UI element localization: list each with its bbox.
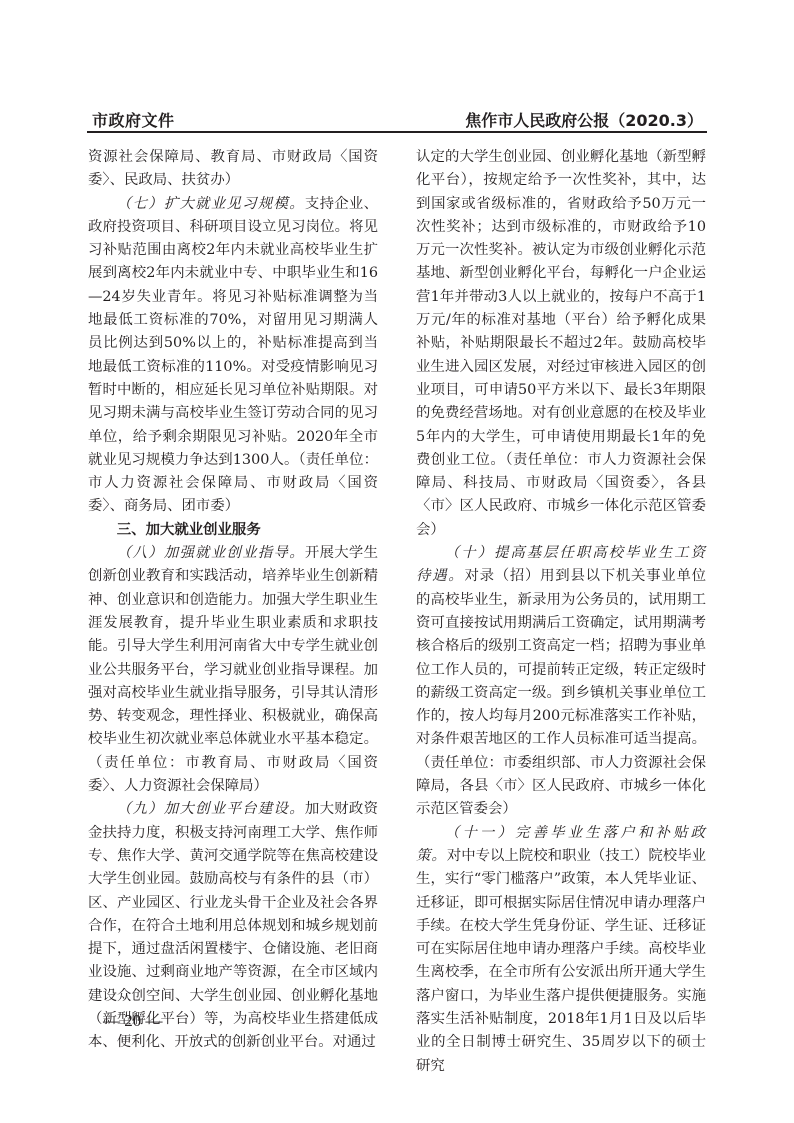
item-heading: （八）加强就业创业指导。 [117, 545, 305, 561]
paragraph-continued: 资源社会保障局、教育局、市财政局〈国资委〉、民政局、扶贫办） [88, 146, 378, 193]
paragraph-continued: 认定的大学生创业园、创业孵化基地（新型孵化平台），按规定给予一次性奖补，其中，达… [416, 146, 706, 542]
paragraph-item-11: （十一）完善毕业生落户和补贴政策。对中专以上院校和职业（技工）院校毕业生，实行“… [416, 822, 706, 1078]
item-body: 支持企业、政府投资项目、科研项目设立见习岗位。将见习补贴范围由离校2年内未就业高… [88, 196, 378, 515]
paragraph-item-7: （七）扩大就业见习规模。支持企业、政府投资项目、科研项目设立见习岗位。将见习补贴… [88, 193, 378, 519]
item-body: 对录（招）用到县以下机关事业单位的高校毕业生，新录用为公务员的，试用期工资可直接… [416, 568, 706, 817]
publication-title: 焦作市人民政府公报（2020.3） [465, 108, 703, 131]
page-number: — 20 — [103, 1011, 163, 1031]
item-heading: （七）扩大就业见习规模。 [117, 196, 305, 212]
page-header: 市政府文件 焦作市人民政府公报（2020.3） [87, 108, 707, 132]
paragraph-item-10: （十）提高基层任职高校毕业生工资待遇。对录（招）用到县以下机关事业单位的高校毕业… [416, 542, 706, 822]
right-column: 认定的大学生创业园、创业孵化基地（新型孵化平台），按规定给予一次性奖补，其中，达… [416, 146, 706, 1078]
header-rule [87, 131, 707, 133]
item-body: 开展大学生创新创业教育和实践活动，培养毕业生创新精神、创业意识和创造能力。加强大… [88, 545, 378, 794]
paragraph-item-8: （八）加强就业创业指导。开展大学生创新创业教育和实践活动，培养毕业生创新精神、创… [88, 542, 378, 798]
item-heading: （九）加大创业平台建设。 [117, 801, 305, 817]
section-title: 三、加大就业创业服务 [88, 519, 378, 542]
section-label: 市政府文件 [92, 108, 175, 131]
item-body: 对中专以上院校和职业（技工）院校毕业生，实行“零门槛落户”政策，本人凭毕业证、迁… [416, 848, 706, 1074]
left-column: 资源社会保障局、教育局、市财政局〈国资委〉、民政局、扶贫办） （七）扩大就业见习… [88, 146, 378, 1055]
